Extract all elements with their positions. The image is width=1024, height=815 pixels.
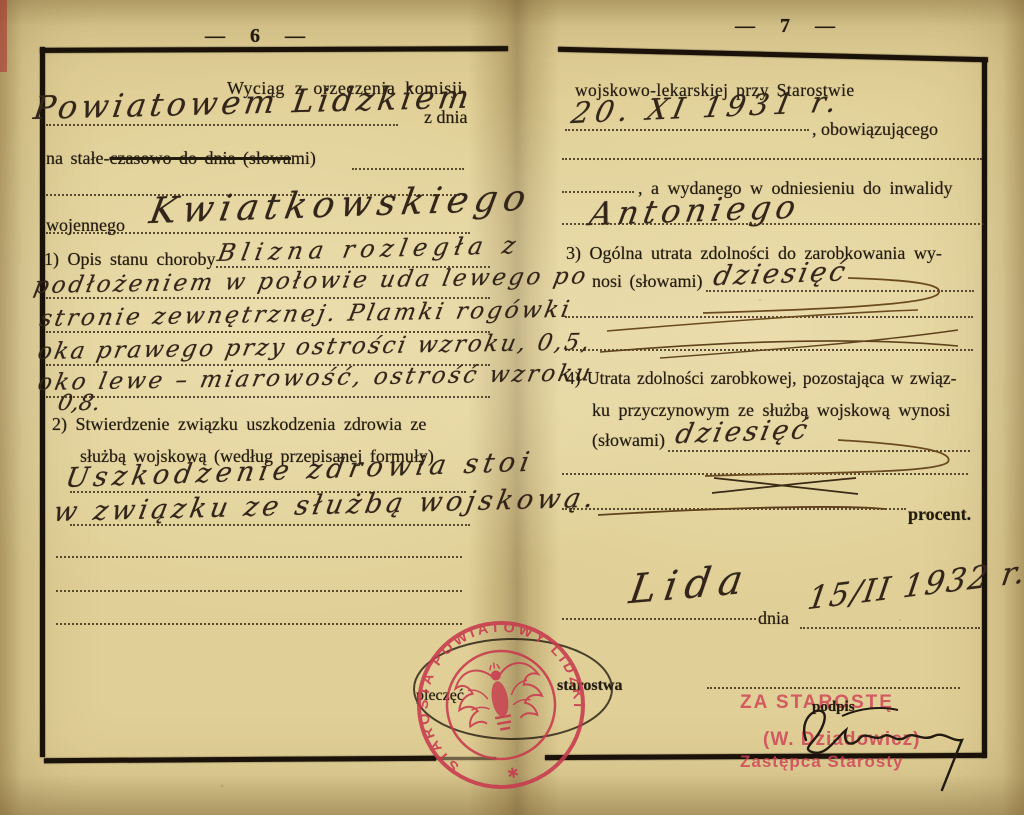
- document-scan: — 6 — Wyciąg z orzeczenia komisji Powiat…: [0, 0, 1024, 815]
- item4-flourish: [705, 440, 949, 476]
- item4-understroke: [598, 507, 885, 515]
- signature-stroke: [804, 711, 962, 790]
- signature-flourish: [842, 708, 898, 716]
- item3-stroke-b: [600, 341, 958, 352]
- item3-stroke-a: [607, 310, 918, 331]
- pen-flourishes: [0, 0, 1024, 815]
- item3-flourish: [703, 278, 939, 313]
